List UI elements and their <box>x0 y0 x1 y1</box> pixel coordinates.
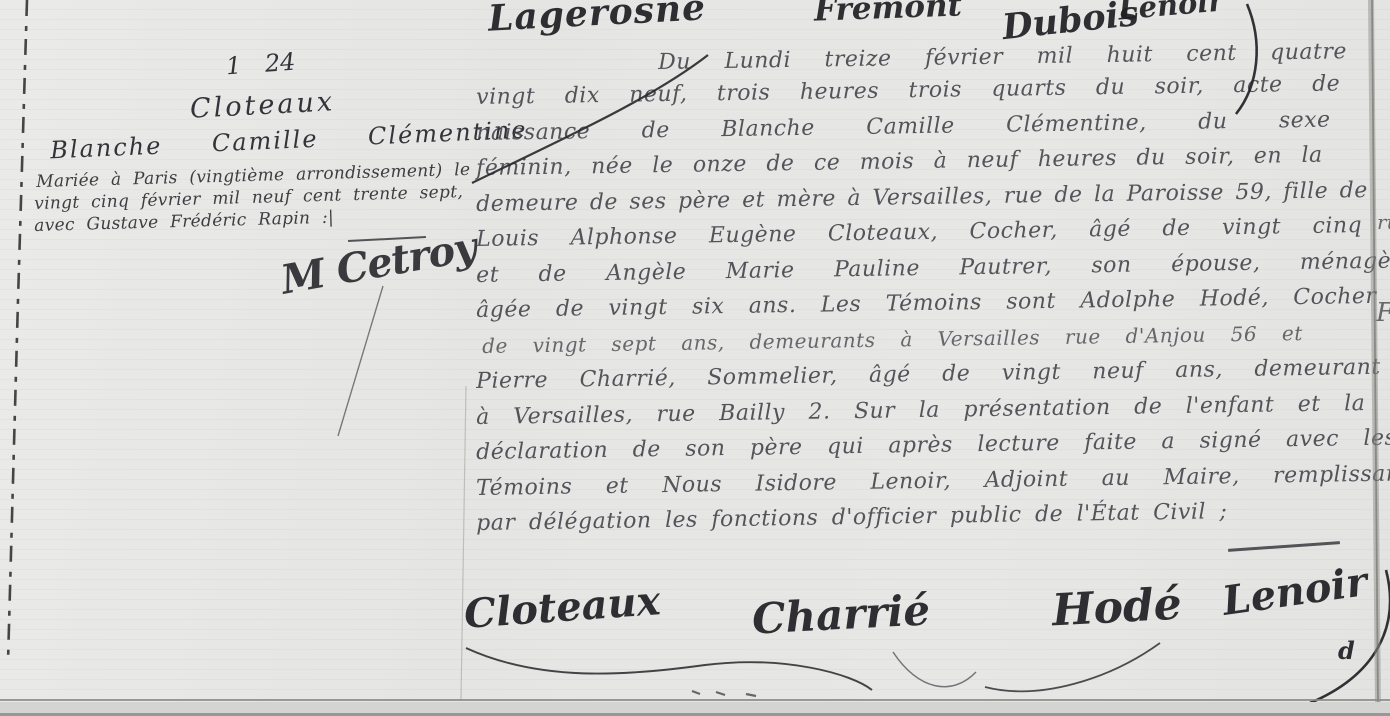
signature-flourish <box>893 652 976 687</box>
page-fold-line <box>1372 0 1378 706</box>
signature-witness-charrie: Charrié <box>751 585 931 643</box>
page-fold-shadow <box>1371 0 1378 706</box>
body-line: et de Angèle Marie Pauline Pautrer, son … <box>476 248 1390 288</box>
body-line: vingt dix neuf, trois heures trois quart… <box>476 71 1340 110</box>
column-rule <box>461 386 466 700</box>
body-line: à Versailles, rue Bailly 2. Sur la prése… <box>476 391 1365 430</box>
signature-declarant-cloteaux: Cloteaux <box>463 577 662 638</box>
body-line: féminin, née le onze de ce mois à neuf h… <box>476 143 1323 181</box>
body-line: de vingt sept ans, demeurants à Versaill… <box>482 321 1303 358</box>
next-page-edge-line <box>0 713 1390 716</box>
previous-act-signature-4: Lenoir <box>1117 0 1225 27</box>
binding-dashed-line <box>8 0 27 662</box>
ink-dots <box>692 691 756 696</box>
signature-flourish <box>466 648 872 690</box>
right-edge-text-fragment: ru <box>1377 210 1390 234</box>
margin-given-names: Blanche Camille Clémentine <box>50 116 529 165</box>
previous-act-signature-2: Frémont <box>813 0 962 29</box>
signature-witness-hode: Hodé <box>1051 579 1183 637</box>
act-number: 1 24 <box>225 48 296 81</box>
body-line: Témoins et Nous Isidore Lenoir, Adjoint … <box>476 461 1390 501</box>
body-line: Du Lundi treize février mil huit cent qu… <box>658 39 1347 75</box>
body-line: déclaration de son père qui après lectur… <box>476 426 1390 465</box>
body-line: par délégation les fonctions d'officier … <box>476 499 1228 536</box>
body-line: demeure de ses père et mère à Versailles… <box>476 178 1368 217</box>
margin-officer-signature: M Cetroy <box>277 223 479 303</box>
margin-signature-stroke <box>338 286 383 436</box>
margin-surname: Cloteaux <box>189 86 336 125</box>
body-line: naissance de Blanche Camille Clémentine,… <box>476 108 1331 146</box>
right-edge-text-fragment: F <box>1376 298 1390 328</box>
signature-officer-lenoir-paraph: d <box>1338 636 1355 665</box>
signature-flourish <box>985 643 1160 691</box>
previous-act-signature-1: Lagerosne <box>487 0 707 40</box>
page-bottom-edge-line <box>0 699 1390 701</box>
body-line: Louis Alphonse Eugène Cloteaux, Cocher, … <box>476 212 1390 252</box>
body-closing-dash <box>1228 541 1340 552</box>
body-line: âgée de vingt six ans. Les Témoins sont … <box>476 283 1390 323</box>
signature-officer-lenoir: Lenoir <box>1219 558 1370 625</box>
registry-page-scan: Lagerosne Frémont Dubois Lenoir 1 24 Clo… <box>0 0 1390 716</box>
body-line: Pierre Charrié, Sommelier, âgé de vingt … <box>476 355 1381 394</box>
